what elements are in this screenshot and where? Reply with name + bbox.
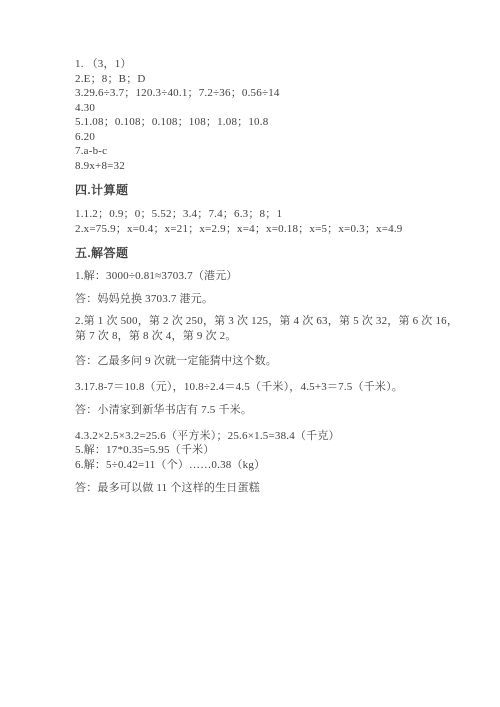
solution-6-work: 6.解：5÷0.42=11（个）……0.38（kg） — [75, 458, 461, 473]
solution-3-answer-text: 答：小清家到新华书店有 7.5 千米。 — [75, 403, 461, 418]
calc-answer-line-2: 2.x=75.9；x=0.4；x=21；x=2.9；x=4；x=0.18；x=5… — [75, 222, 461, 237]
solution-3-answer: 答：小清家到新华书店有 7.5 千米。 — [75, 403, 461, 418]
answer-line-1: 1. （3，1） — [75, 57, 461, 72]
solution-6-answer-text: 答：最多可以做 11 个这样的生日蛋糕 — [75, 481, 461, 496]
answer-line-8: 8.9x+8=32 — [75, 159, 461, 174]
solutions-4-5-6: 4.3.2×2.5×3.2=25.6（平方米）；25.6×1.5=38.4（千克… — [75, 429, 461, 473]
solution-3-work: 3.17.8-7＝10.8（元），10.8÷2.4＝4.5（千米），4.5+3＝… — [75, 380, 461, 395]
solution-6-answer: 答：最多可以做 11 个这样的生日蛋糕 — [75, 481, 461, 496]
solution-1-work: 1.解：3000÷0.81≈3703.7（港元） — [75, 269, 461, 284]
answer-line-5: 5.1.08；0.108；0.108；108；1.08；10.8 — [75, 115, 461, 130]
answer-line-2: 2.E；8；B；D — [75, 72, 461, 87]
section-four-answer-list: 1.1.2；0.9；0；5.52；3.4；7.4；6.3；8；1 2.x=75.… — [75, 207, 461, 236]
solution-2-answer: 答：乙最多问 9 次就一定能猜中这个数。 — [75, 354, 461, 369]
calc-answer-line-1: 1.1.2；0.9；0；5.52；3.4；7.4；6.3；8；1 — [75, 207, 461, 222]
section-four-title: 四.计算题 — [75, 183, 461, 198]
answer-line-3: 3.29.6÷3.7；120.3÷40.1；7.2÷36；0.56÷14 — [75, 86, 461, 101]
worksheet-page: 1. （3，1） 2.E；8；B；D 3.29.6÷3.7；120.3÷40.1… — [0, 0, 500, 707]
solution-5-work: 5.解：17*0.35=5.95（千米） — [75, 443, 461, 458]
solution-4-work: 4.3.2×2.5×3.2=25.6（平方米）；25.6×1.5=38.4（千克… — [75, 429, 461, 444]
solution-1: 1.解：3000÷0.81≈3703.7（港元） — [75, 269, 461, 284]
part-three-answer-list: 1. （3，1） 2.E；8；B；D 3.29.6÷3.7；120.3÷40.1… — [75, 57, 461, 173]
answer-line-4: 4.30 — [75, 101, 461, 116]
solution-1-answer-text: 答：妈妈兑换 3703.7 港元。 — [75, 292, 461, 307]
answer-line-7: 7.a-b-c — [75, 144, 461, 159]
solution-1-answer: 答：妈妈兑换 3703.7 港元。 — [75, 292, 461, 307]
answer-sheet-content: 1. （3，1） 2.E；8；B；D 3.29.6÷3.7；120.3÷40.1… — [75, 57, 461, 496]
section-five-title: 五.解答题 — [75, 246, 461, 261]
answer-line-6: 6.20 — [75, 130, 461, 145]
solution-2-work: 2.第 1 次 500，第 2 次 250，第 3 次 125，第 4 次 63… — [75, 314, 461, 343]
solution-3: 3.17.8-7＝10.8（元），10.8÷2.4＝4.5（千米），4.5+3＝… — [75, 380, 461, 395]
solution-2: 2.第 1 次 500，第 2 次 250，第 3 次 125，第 4 次 63… — [75, 314, 461, 343]
solution-2-answer-text: 答：乙最多问 9 次就一定能猜中这个数。 — [75, 354, 461, 369]
